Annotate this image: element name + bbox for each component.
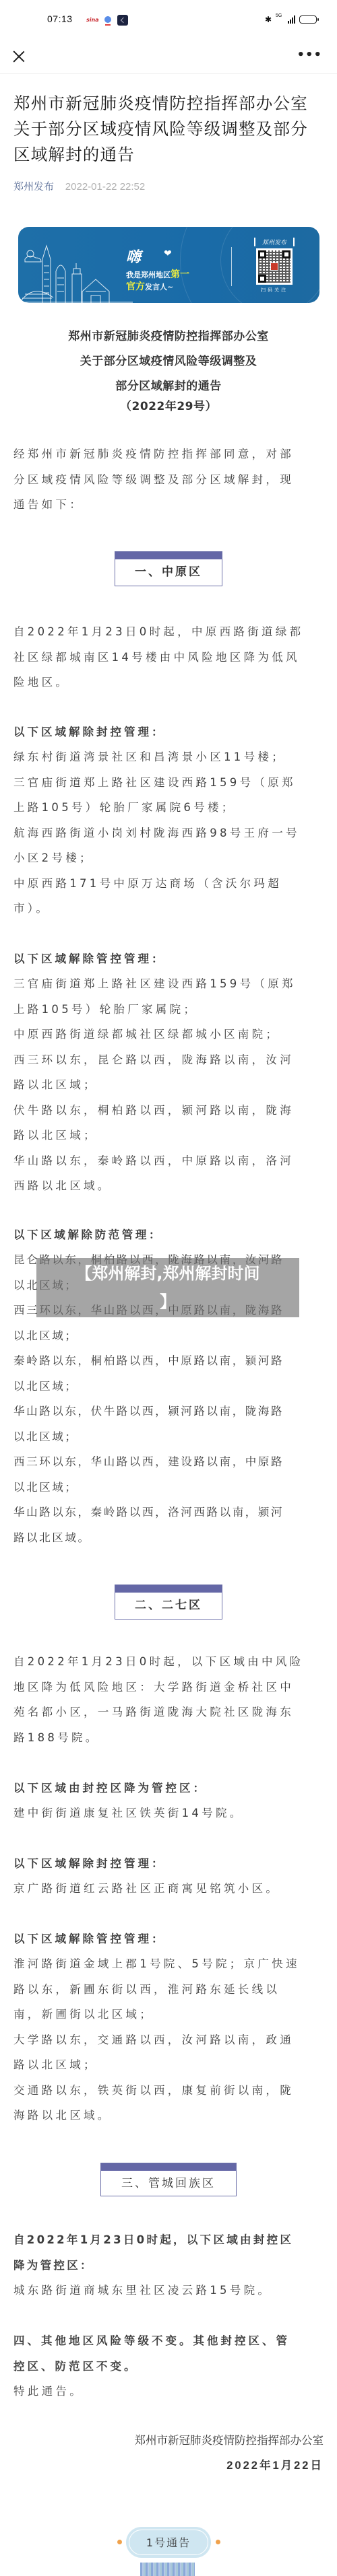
doc-heading-line: 关于部分区域疫情风险等级调整及 bbox=[0, 351, 337, 368]
section-header-guancheng: 三、管城回族区 bbox=[100, 2163, 237, 2196]
paragraph-heading: 以下区域解除封控管理： bbox=[13, 720, 324, 745]
article-source-link[interactable]: 郑州发布 bbox=[13, 180, 54, 193]
banner-divider bbox=[231, 247, 232, 286]
baidu-icon bbox=[102, 15, 113, 26]
next-notice-pill-wrap: 1号通告 bbox=[0, 2527, 337, 2561]
heart-icon: ❤ bbox=[164, 248, 172, 259]
title-overlay-watermark: 【郑州解封,郑州解封时间 】 bbox=[36, 1258, 299, 1317]
paragraph: 自2022年1月23日0时起，中原西路街道绿都 社区绿都城南区14号楼由中风险地… bbox=[13, 619, 324, 695]
qr-code-block: 郑州发布 扫码关注 bbox=[254, 238, 295, 293]
section-header-zhongyuan: 一、中原区 bbox=[115, 551, 222, 586]
status-bar: 07:13 sina ✱ 5G bbox=[0, 0, 337, 40]
paragraph: 三官庙街道郑上路社区建设西路159号（原郑 上路105号）轮胎厂家属院； 中原西… bbox=[13, 971, 324, 1199]
close-button[interactable] bbox=[9, 47, 28, 66]
article-title: 郑州市新冠肺炎疫情防控指挥部办公室关于部分区域疫情风险等级调整及部分区域解封的通… bbox=[13, 91, 324, 168]
cellular-signal-icon: 5G bbox=[276, 15, 295, 24]
signature-date: 2022年1月22日 bbox=[226, 2456, 324, 2472]
closing-paragraph: 四、其他地区风险等级不变。其他封控区、管 控区、防范区不变。 bbox=[13, 2328, 324, 2379]
nav-bar: ••• bbox=[0, 40, 337, 74]
doc-number: （2022年29号） bbox=[0, 396, 337, 413]
article-meta: 郑州发布 2022-01-22 22:52 bbox=[13, 179, 145, 193]
banner-greeting: 嗨 bbox=[126, 246, 141, 267]
paragraph: 绿东村街道湾景社区和昌湾景小区11号楼； 三官庙街道郑上路社区建设西路159号（… bbox=[13, 744, 324, 921]
status-indicators: ✱ 5G bbox=[265, 15, 317, 24]
paragraph: 京广路街道红云路社区正商寓见铭筑小区。 bbox=[13, 1876, 324, 1902]
paragraph-heading: 以下区域解除管控管理： bbox=[13, 1926, 324, 1952]
network-type-label: 5G bbox=[276, 13, 282, 18]
paragraph: 淮河路街道金域上郡1号院、5号院；京广快速 路以东，新圃东街以西，淮河路东延长线… bbox=[13, 1951, 324, 2128]
paragraph-heading: 以下区域由封控区降为管控区： bbox=[13, 1776, 324, 1801]
paragraph: 自2022年1月23日0时起，以下区域由中风险 地区降为低风险地区：大学路街道金… bbox=[13, 1649, 324, 1750]
doc-heading-line: 郑州市新冠肺炎疫情防控指挥部办公室 bbox=[0, 326, 337, 343]
back-app-icon bbox=[117, 15, 128, 26]
paragraph: 建中街街道康复社区铁英街14号院。 bbox=[13, 1801, 324, 1826]
battery-icon bbox=[299, 15, 317, 24]
more-options-button[interactable]: ••• bbox=[297, 48, 322, 62]
city-skyline-illustration bbox=[18, 239, 133, 303]
closing-text: 特此通告。 bbox=[13, 2379, 324, 2404]
paragraph-heading: 自2022年1月23日0时起，以下区域由封控区 降为管控区： bbox=[13, 2227, 324, 2278]
bluetooth-icon: ✱ bbox=[265, 15, 272, 24]
article-date: 2022-01-22 22:52 bbox=[65, 181, 145, 193]
pill-dot-left bbox=[117, 2540, 122, 2544]
pill-dot-right bbox=[216, 2540, 220, 2544]
qr-caption: 扫码关注 bbox=[254, 287, 295, 293]
paragraph: 城东路街道商城东里社区凌云路15号院。 bbox=[13, 2278, 324, 2303]
paragraph-heading: 以下区域解除封控管理： bbox=[13, 1851, 324, 1877]
qr-code-icon bbox=[256, 248, 293, 285]
signature-org: 郑州市新冠肺炎疫情防控指挥部办公室 bbox=[135, 2431, 324, 2447]
paragraph-heading: 以下区域解除防范管理： bbox=[13, 1222, 324, 1248]
promo-banner: 嗨 ❤ 我是郑州地区第一 官方发言人~ 郑州发布 扫码关注 bbox=[18, 227, 319, 303]
intro-paragraph: 经郑州市新冠肺炎疫情防控指挥部同意，对部 分区域疫情风险等级调整及部分区域解封，… bbox=[13, 442, 324, 518]
status-time: 07:13 bbox=[47, 13, 73, 24]
section-header-erqi: 二、二七区 bbox=[115, 1585, 222, 1620]
banner-slogan-line1: 我是郑州地区第一 bbox=[126, 267, 189, 281]
notice-1-pill-button[interactable]: 1号通告 bbox=[126, 2527, 211, 2558]
qr-logo-icon bbox=[270, 263, 278, 271]
decorative-image-strip bbox=[140, 2563, 195, 2576]
doc-heading-line: 部分区域解封的通告 bbox=[0, 376, 337, 393]
sina-weibo-icon: sina bbox=[86, 15, 97, 26]
paragraph-heading: 以下区域解除管控管理： bbox=[13, 946, 324, 972]
banner-slogan-line2: 官方发言人~ bbox=[126, 279, 173, 293]
qr-title: 郑州发布 bbox=[254, 238, 295, 246]
